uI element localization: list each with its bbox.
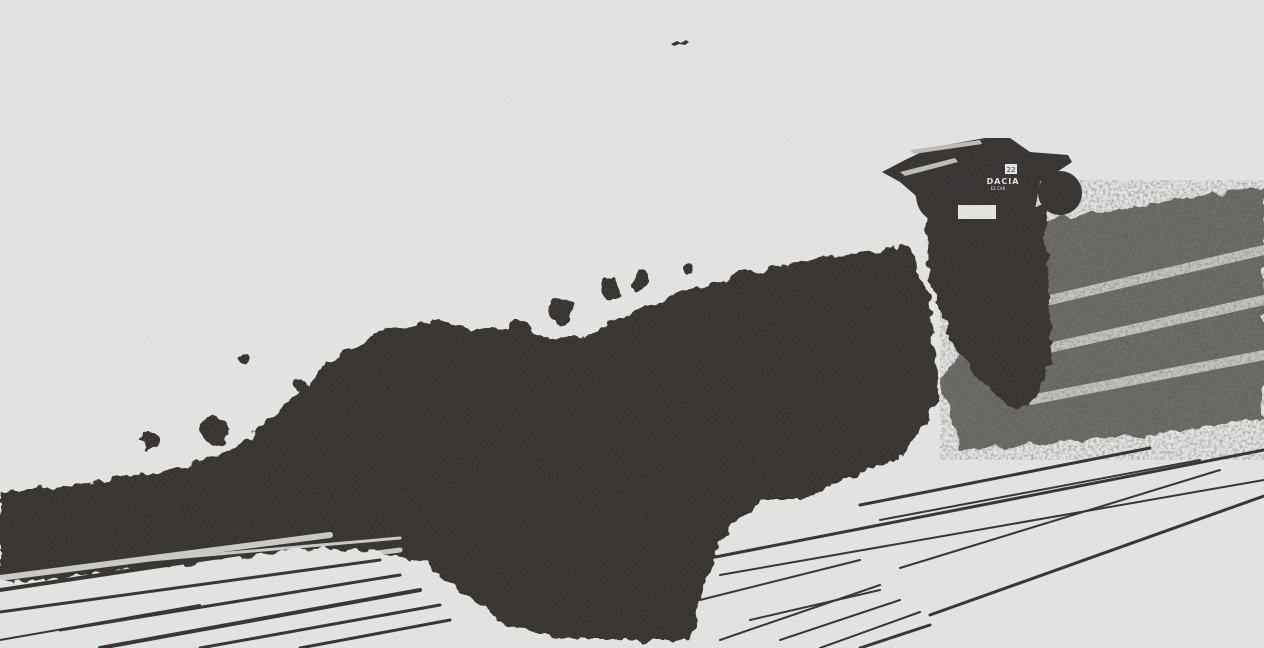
rally-dune-photo: 22 DACIA EZ CAR: [0, 0, 1264, 648]
